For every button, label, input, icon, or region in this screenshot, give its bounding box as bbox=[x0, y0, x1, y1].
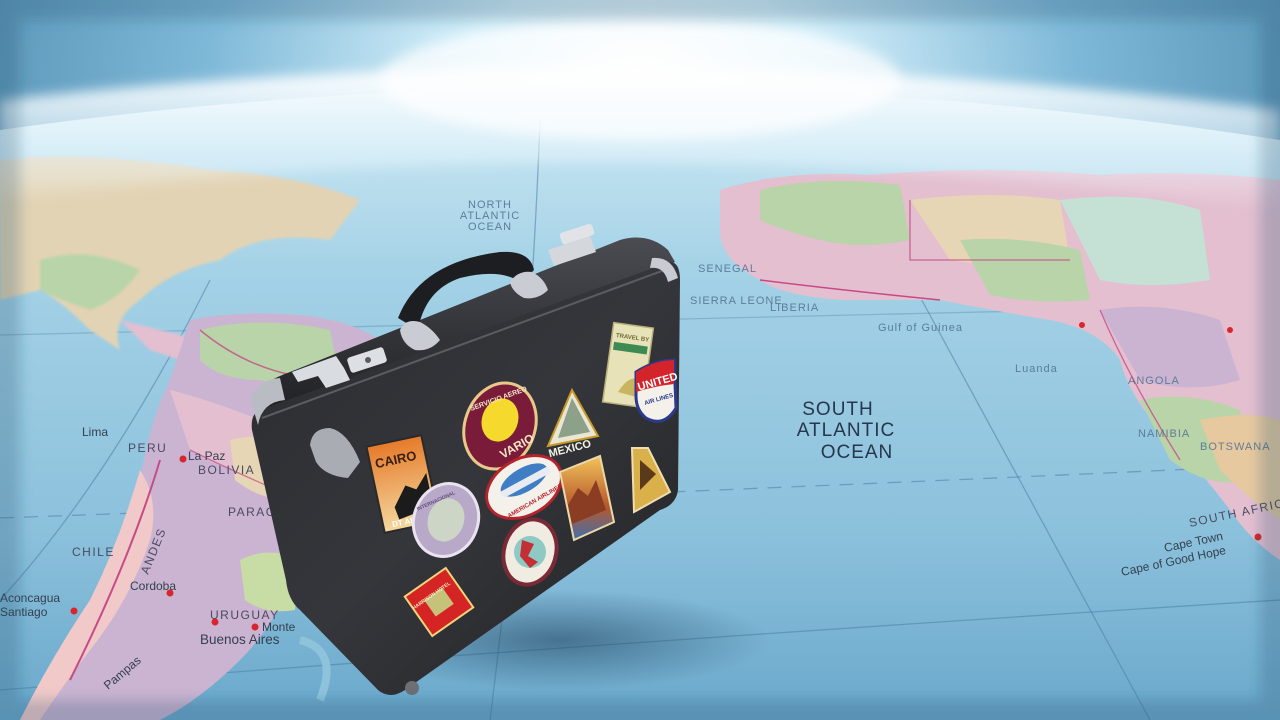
ocean-label-north-atlantic: NORTH ATLANTIC OCEAN bbox=[460, 199, 520, 233]
svg-text:OCEAN: OCEAN bbox=[821, 442, 894, 463]
country-label-namibia: NAMIBIA bbox=[1138, 428, 1190, 440]
country-label-chile: CHILE bbox=[72, 545, 115, 559]
country-label-senegal: SENEGAL bbox=[698, 263, 757, 275]
country-label-angola: ANGOLA bbox=[1128, 375, 1180, 387]
country-label-sierra-leone: SIERRA LEONE bbox=[690, 295, 783, 307]
light-glow bbox=[380, 20, 900, 140]
svg-text:SOUTH: SOUTH bbox=[802, 399, 874, 420]
country-label-liberia: LIBERIA bbox=[770, 302, 819, 314]
sticker-united-air-lines: UNITED AIR LINES bbox=[636, 360, 679, 421]
city-label-cordoba: Cordoba bbox=[130, 579, 176, 593]
city-label-la-paz: La Paz bbox=[188, 449, 225, 463]
country-label-bolivia: BOLIVIA bbox=[198, 463, 255, 477]
city-label-luanda: Luanda bbox=[1015, 363, 1058, 375]
city-label-buenos-aires: Buenos Aires bbox=[200, 632, 280, 647]
region-label-gulf-of-guinea: Gulf of Guinea bbox=[878, 322, 963, 334]
city-label-montevideo: Monte bbox=[262, 620, 296, 634]
svg-text:OCEAN: OCEAN bbox=[468, 221, 512, 233]
country-label-botswana: BOTSWANA bbox=[1200, 441, 1271, 453]
city-label-lima: Lima bbox=[82, 425, 108, 439]
svg-text:ATLANTIC: ATLANTIC bbox=[797, 420, 895, 441]
country-label-paraguay: PARAG bbox=[228, 505, 277, 519]
travel-scene: SOUTH ATLANTIC OCEAN NORTH ATLANTIC OCEA… bbox=[0, 0, 1280, 720]
country-label-peru: PERU bbox=[128, 441, 167, 455]
